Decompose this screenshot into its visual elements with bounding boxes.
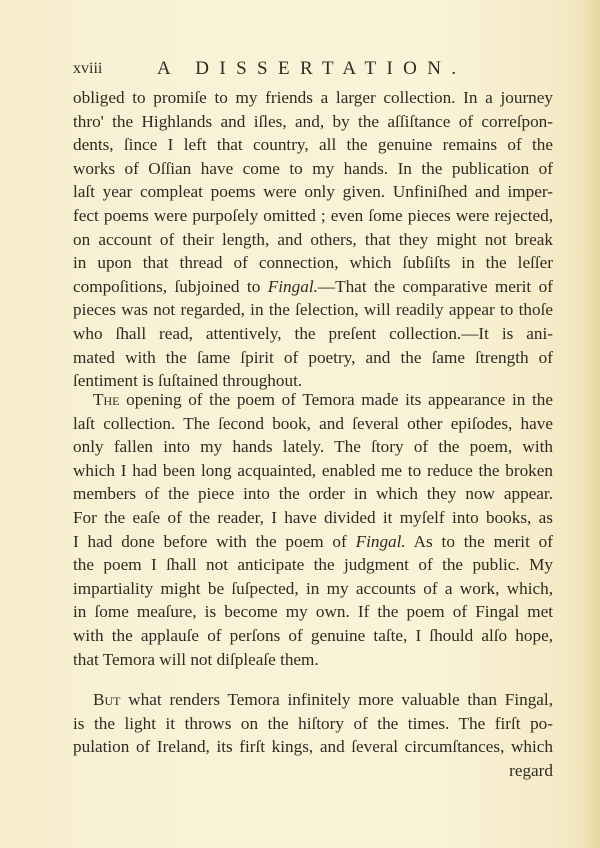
text-line: compoſitions, ſubjoined to Fingal.—That … xyxy=(73,275,553,299)
text-line: pulation of Ireland, its firſt kings, an… xyxy=(73,735,553,759)
text-line: who ſhall read, attentively, the preſent… xyxy=(73,322,553,346)
text-line: But what renders Temora infinitely more … xyxy=(73,688,553,712)
paragraph-1: obliged to promiſe to my friends a large… xyxy=(73,86,553,393)
text-line: members of the piece into the order in w… xyxy=(73,482,553,506)
small-caps-lead: But xyxy=(93,690,120,709)
text-line: For the eaſe of the reader, I have divid… xyxy=(73,506,553,530)
text-segment: what renders Temora infinitely more valu… xyxy=(120,690,553,709)
text-segment: I had done before with the poem of xyxy=(73,532,356,551)
text-line: which I had been long acquainted, enable… xyxy=(73,459,553,483)
page-header: xviii A DISSERTATION. xyxy=(73,60,553,84)
text-line: obliged to promiſe to my friends a large… xyxy=(73,86,553,110)
text-line: I had done before with the poem of Finga… xyxy=(73,530,553,554)
text-line: The opening of the poem of Temora made i… xyxy=(73,388,553,412)
book-page: xviii A DISSERTATION. obliged to promiſe… xyxy=(0,0,600,848)
text-line: pieces was not regarded, in the ſelectio… xyxy=(73,298,553,322)
paragraph-2: The opening of the poem of Temora made i… xyxy=(73,388,553,671)
paragraph-3: But what renders Temora infinitely more … xyxy=(73,688,553,782)
text-line: with the applauſe of perſons of genuine … xyxy=(73,624,553,648)
text-line: is the light it throws on the hiſtory of… xyxy=(73,712,553,736)
text-segment: compoſitions, ſubjoined to xyxy=(73,277,268,296)
page-number: xviii xyxy=(73,60,102,78)
text-line: in ſome meaſure, is become my own. If th… xyxy=(73,600,553,624)
text-segment: As to the merit of xyxy=(406,532,553,551)
italic-title: Fingal. xyxy=(268,277,318,296)
italic-title: Fingal. xyxy=(356,532,406,551)
text-line: the poem I ſhall not anticipate the judg… xyxy=(73,553,553,577)
text-line: works of Oſſian have come to my hands. I… xyxy=(73,157,553,181)
text-segment: opening of the poem of Temora made its a… xyxy=(120,390,554,409)
text-segment: —That the comparative merit of xyxy=(318,277,553,296)
text-line: dents, ſince I left that country, all th… xyxy=(73,133,553,157)
text-line: only fallen into my hands lately. The ſt… xyxy=(73,435,553,459)
text-line: fect poems were purpoſely omitted ; even… xyxy=(73,204,553,228)
page-edge-shadow xyxy=(582,0,600,848)
text-line: on account of their length, and others, … xyxy=(73,228,553,252)
text-line: thro' the Highlands and iſles, and, by t… xyxy=(73,110,553,134)
catchword: regard xyxy=(73,759,553,783)
text-line: laſt collection. The ſecond book, and ſe… xyxy=(73,412,553,436)
text-line: in upon that thread of connection, which… xyxy=(73,251,553,275)
text-line: that Temora will not diſpleaſe them. xyxy=(73,648,553,672)
small-caps-lead: The xyxy=(93,390,120,409)
text-line: mated with the ſame ſpirit of poetry, an… xyxy=(73,346,553,370)
running-title: A DISSERTATION. xyxy=(157,58,467,80)
text-line: laſt year compleat poems were only given… xyxy=(73,180,553,204)
text-line: impartiality might be ſuſpected, in my a… xyxy=(73,577,553,601)
